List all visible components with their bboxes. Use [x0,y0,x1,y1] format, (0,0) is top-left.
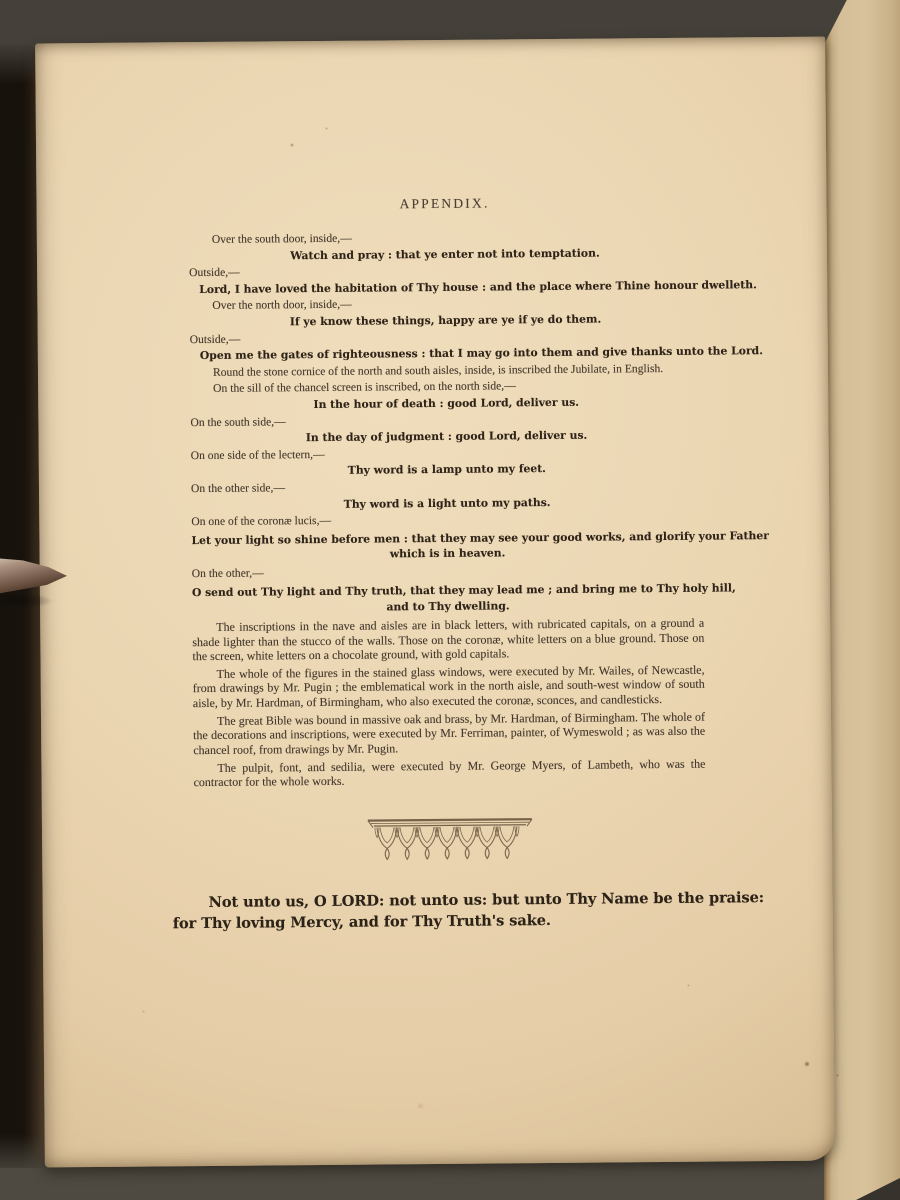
inscription-line: Watch and pray : that ye enter not into … [189,246,701,262]
body-paragraph: The great Bible was bound in massive oak… [193,710,705,757]
location-label: On the south side,— [190,412,702,428]
photo-backdrop: APPENDIX. Over the south door, inside,—W… [0,0,900,1200]
text-block: Over the south door, inside,—Watch and p… [189,230,706,790]
location-label: On the sill of the chancel screen is ins… [190,379,702,395]
location-label: On one side of the lectern,— [191,445,703,461]
inscription-line: Open me the gates of righteousness : tha… [190,346,702,362]
inscription-line: If ye know these things, happy are ye if… [190,313,702,329]
inscription-line: In the hour of death : good Lord, delive… [190,396,702,412]
inscription-line: In the day of judgment : good Lord, deli… [191,429,703,445]
location-label: Round the stone cornice of the north and… [190,362,702,378]
gothic-cornice-ornament-icon [367,817,533,864]
inscription-line: Let your light so shine before men : tha… [191,528,703,564]
page-content: APPENDIX. Over the south door, inside,—W… [188,194,706,935]
facing-page-edge [824,0,900,1200]
location-label: On the other,— [192,564,704,580]
location-label: Over the south door, inside,— [189,230,701,246]
body-paragraph: The inscriptions in the nave and aisles … [192,616,704,663]
location-label: Outside,— [190,329,702,345]
location-label: On the other side,— [191,479,703,495]
location-label: Over the north door, inside,— [189,296,701,312]
inscription-line: Lord, I have loved the habitation of Thy… [189,279,701,295]
inscription-line: Thy word is a lamp unto my feet. [191,462,703,478]
book-page: APPENDIX. Over the south door, inside,—W… [35,37,835,1168]
body-paragraph: The pulpit, font, and sedilia, were exec… [193,757,705,790]
closing-inscription: Not unto us, O LORD: not unto us: but un… [173,887,733,935]
location-label: Outside,— [189,263,701,279]
body-paragraph: The whole of the figures in the stained … [193,663,705,710]
clasp-shadow [0,593,54,609]
inscription-line: O send out Thy light and Thy truth, that… [192,581,704,617]
page-title: APPENDIX. [188,194,700,214]
inscription-line: Thy word is a light unto my paths. [191,495,703,511]
closing-line: for Thy loving Mercy, and for Thy Truth'… [173,908,733,934]
location-label: On one of the coronæ lucis,— [191,512,703,528]
